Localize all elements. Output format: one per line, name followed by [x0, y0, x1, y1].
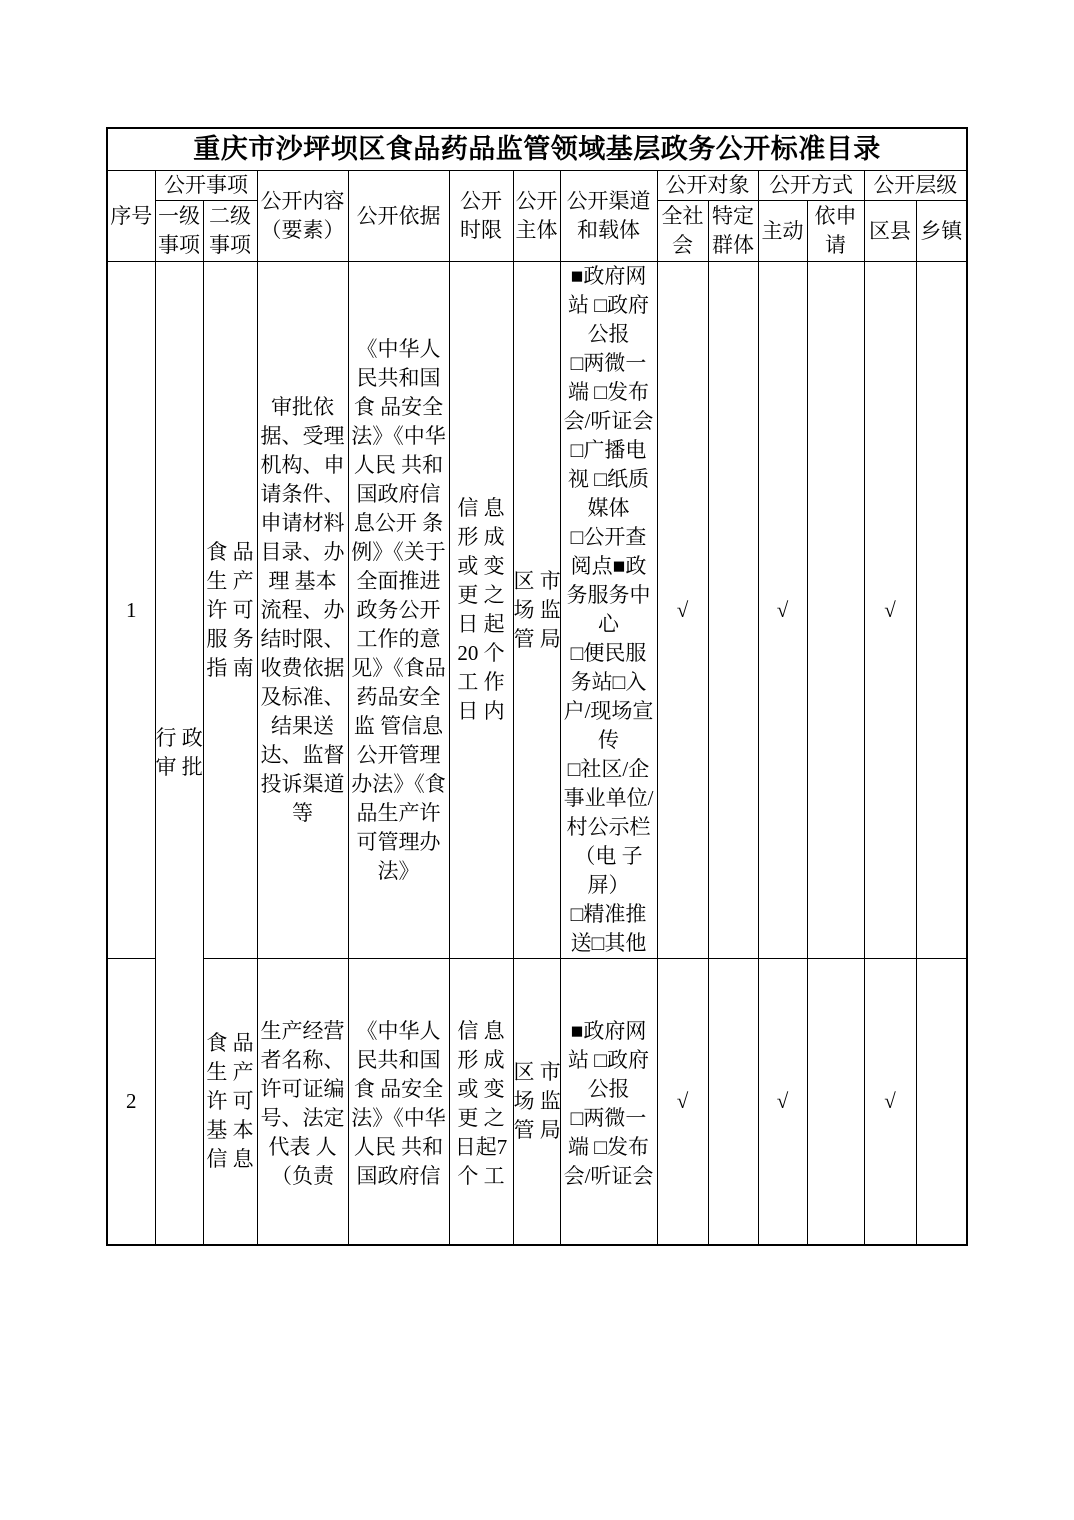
cell-level1: 行 政 审 批 — [155, 262, 203, 1246]
cell-time-limit: 信 息 形 成 或 变 更 之 日起7 个 工 — [449, 959, 513, 1246]
header-time-limit: 公开 时限 — [449, 171, 513, 262]
cell-basis: 《中华人 民共和国 食 品安全 法》《中华 人民 共和 国政府信 息公开 条 例… — [348, 262, 449, 959]
cell-basis: 《中华人 民共和国 食 品安全 法》《中华 人民 共和 国政府信 — [348, 959, 449, 1246]
header-method-active: 主动 — [758, 201, 807, 262]
header-channel: 公开渠道 和载体 — [560, 171, 657, 262]
cell-time-limit: 信 息 形 成 或 变 更 之 日 起 20 个 工 作 日 内 — [449, 262, 513, 959]
table-row: 2 食 品 生 产 许 可 基 本 信 息 生产经营 者名称、 许可证编 号、法… — [107, 959, 967, 1246]
cell-level2: 食 品 生 产 许 可 基 本 信 息 — [203, 959, 257, 1246]
header-level-town: 乡镇 — [916, 201, 967, 262]
header-subject: 公开 主体 — [513, 171, 560, 262]
header-target-all: 全社 会 — [657, 201, 708, 262]
cell-method-request-check — [807, 959, 864, 1246]
header-row-groups: 序号 公开事项 公开内容 （要素） 公开依据 公开 时限 公开 主体 公开渠道 … — [107, 171, 967, 201]
cell-method-active-check: √ — [758, 262, 807, 959]
cell-target-specific-check — [708, 262, 758, 959]
cell-target-all-check: √ — [657, 262, 708, 959]
cell-level-district-check: √ — [864, 959, 916, 1246]
cell-content: 生产经营 者名称、 许可证编 号、法定 代表 人 （负责 — [257, 959, 348, 1246]
header-content: 公开内容 （要素） — [257, 171, 348, 262]
header-matter-group: 公开事项 — [155, 171, 257, 201]
header-level-district: 区县 — [864, 201, 916, 262]
cell-target-specific-check — [708, 959, 758, 1246]
cell-seq: 2 — [107, 959, 155, 1246]
cell-content: 审批依 据、受理 机构、申 请条件、 申请材料 目录、办 理 基本 流程、办 结… — [257, 262, 348, 959]
cell-channel: ■政府网 站 □政府 公报 □两微一 端 □发布 会/听证会 □广播电 视 □纸… — [560, 262, 657, 959]
disclosure-standard-table: 重庆市沙坪坝区食品药品监管领域基层政务公开标准目录 序号 公开事项 公开内容 （… — [106, 127, 968, 1246]
cell-subject: 区 市 场 监 管 局 — [513, 959, 560, 1246]
cell-level-town-check — [916, 959, 967, 1246]
cell-subject: 区 市 场 监 管 局 — [513, 262, 560, 959]
header-basis: 公开依据 — [348, 171, 449, 262]
header-level1: 一级 事项 — [155, 201, 203, 262]
cell-level-town-check — [916, 262, 967, 959]
page-title: 重庆市沙坪坝区食品药品监管领域基层政务公开标准目录 — [107, 128, 967, 171]
cell-method-request-check — [807, 262, 864, 959]
cell-method-active-check: √ — [758, 959, 807, 1246]
header-method-group: 公开方式 — [758, 171, 864, 201]
header-level-group: 公开层级 — [864, 171, 967, 201]
header-seq: 序号 — [107, 171, 155, 262]
title-row: 重庆市沙坪坝区食品药品监管领域基层政务公开标准目录 — [107, 128, 967, 171]
header-method-request: 依申 请 — [807, 201, 864, 262]
cell-seq: 1 — [107, 262, 155, 959]
cell-channel: ■政府网 站 □政府 公报 □两微一 端 □发布 会/听证会 — [560, 959, 657, 1246]
cell-level2: 食 品 生 产 许 可 服 务 指 南 — [203, 262, 257, 959]
header-target-specific: 特定 群体 — [708, 201, 758, 262]
cell-level-district-check: √ — [864, 262, 916, 959]
table-row: 1 行 政 审 批 食 品 生 产 许 可 服 务 指 南 审批依 据、受理 机… — [107, 262, 967, 959]
header-target-group: 公开对象 — [657, 171, 758, 201]
cell-target-all-check: √ — [657, 959, 708, 1246]
header-level2: 二级 事项 — [203, 201, 257, 262]
